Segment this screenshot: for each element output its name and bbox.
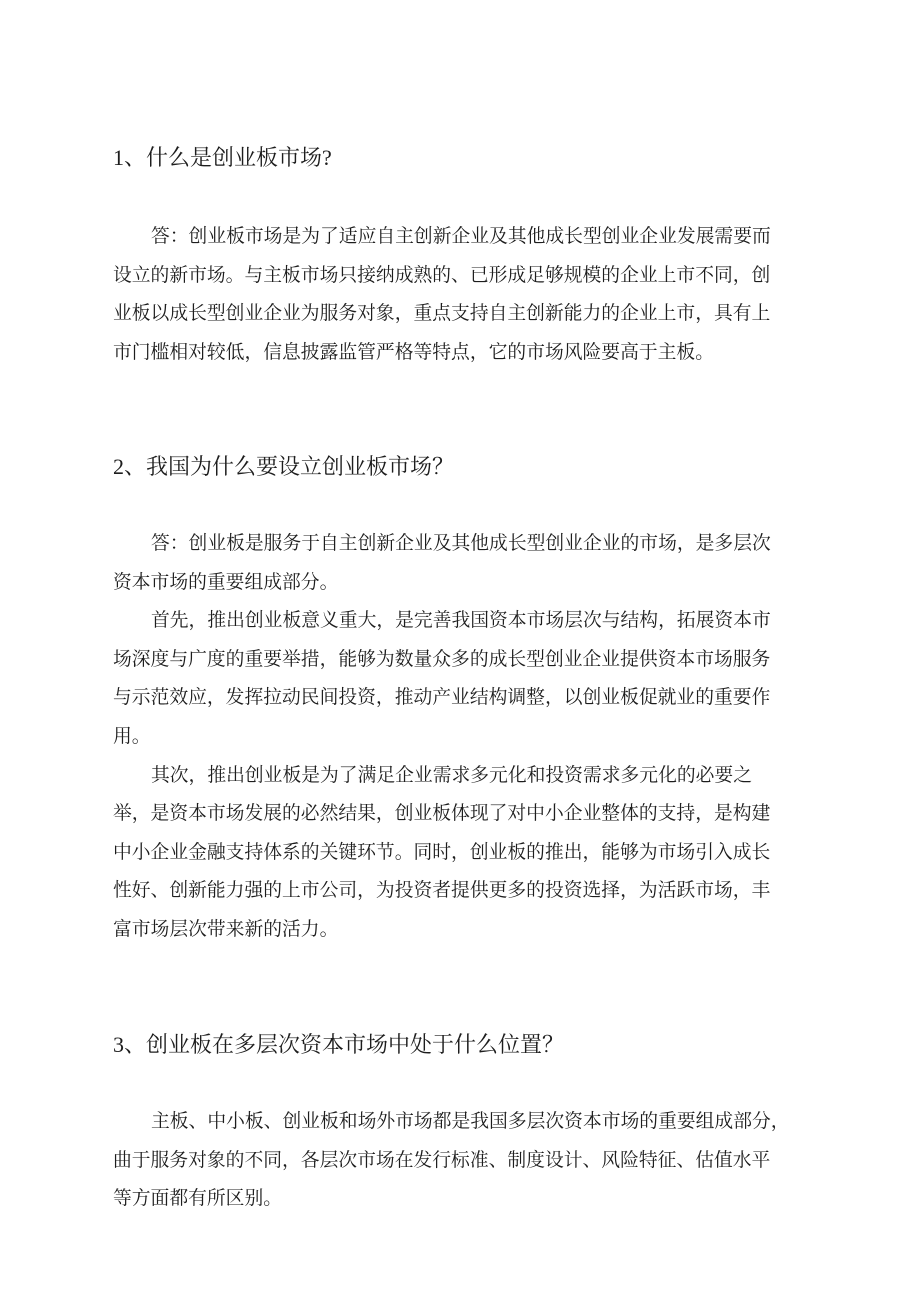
answer-block-1: 答：创业板市场是为了适应自主创新企业及其他成长型创业企业发展需要而 设立的新市场… <box>113 218 771 372</box>
text-line: 答：创业板市场是为了适应自主创新企业及其他成长型创业企业发展需要而 <box>113 218 771 257</box>
paragraph: 主板、中小板、创业板和场外市场都是我国多层次资本市场的重要组成部分， 曲于服务对… <box>113 1103 790 1219</box>
text-line: 富市场层次带来新的活力。 <box>113 911 771 950</box>
text-line: 与示范效应，发挥拉动民间投资，推动产业结构调整，以创业板促就业的重要作 <box>113 679 771 718</box>
question-heading-1: 1、什么是创业板市场? <box>113 145 332 171</box>
text-line: 资本市场的重要组成部分。 <box>113 564 771 603</box>
answer-block-3: 主板、中小板、创业板和场外市场都是我国多层次资本市场的重要组成部分， 曲于服务对… <box>113 1103 790 1219</box>
text-line: 中小企业金融支持体系的关键环节。同时，创业板的推出，能够为市场引入成长 <box>113 834 771 873</box>
paragraph: 答：创业板是服务于自主创新企业及其他成长型创业企业的市场，是多层次 资本市场的重… <box>113 525 771 602</box>
question-heading-2: 2、我国为什么要设立创业板市场？ <box>113 454 454 480</box>
paragraph: 其次，推出创业板是为了满足企业需求多元化和投资需求多元化的必要之 举，是资本市场… <box>113 757 771 950</box>
document-page: 1、什么是创业板市场? 答：创业板市场是为了适应自主创新企业及其他成长型创业企业… <box>0 0 920 1301</box>
text-line: 用。 <box>113 718 771 757</box>
text-line: 曲于服务对象的不同，各层次市场在发行标准、制度设计、风险特征、估值水平 <box>113 1142 790 1181</box>
text-line: 业板以成长型创业企业为服务对象，重点支持自主创新能力的企业上市，具有上 <box>113 295 771 334</box>
text-line: 场深度与广度的重要举措，能够为数量众多的成长型创业企业提供资本市场服务 <box>113 641 771 680</box>
paragraph: 首先，推出创业板意义重大，是完善我国资本市场层次与结构，拓展资本市 场深度与广度… <box>113 602 771 756</box>
text-line: 答：创业板是服务于自主创新企业及其他成长型创业企业的市场，是多层次 <box>113 525 771 564</box>
text-line: 市门槛相对较低，信息披露监管严格等特点，它的市场风险要高于主板。 <box>113 334 771 373</box>
text-line: 其次，推出创业板是为了满足企业需求多元化和投资需求多元化的必要之 <box>113 757 771 796</box>
question-heading-3: 3、创业板在多层次资本市场中处于什么位置？ <box>113 1032 564 1058</box>
text-line: 首先，推出创业板意义重大，是完善我国资本市场层次与结构，拓展资本市 <box>113 602 771 641</box>
text-line: 性好、创新能力强的上市公司，为投资者提供更多的投资选择，为活跃市场，丰 <box>113 872 771 911</box>
text-line: 等方面都有所区别。 <box>113 1180 790 1219</box>
paragraph: 答：创业板市场是为了适应自主创新企业及其他成长型创业企业发展需要而 设立的新市场… <box>113 218 771 372</box>
answer-block-2: 答：创业板是服务于自主创新企业及其他成长型创业企业的市场，是多层次 资本市场的重… <box>113 525 771 950</box>
text-line: 举，是资本市场发展的必然结果，创业板体现了对中小企业整体的支持，是构建 <box>113 795 771 834</box>
text-line: 主板、中小板、创业板和场外市场都是我国多层次资本市场的重要组成部分， <box>113 1103 790 1142</box>
text-line: 设立的新市场。与主板市场只接纳成熟的、已形成足够规模的企业上市不同，创 <box>113 257 771 296</box>
